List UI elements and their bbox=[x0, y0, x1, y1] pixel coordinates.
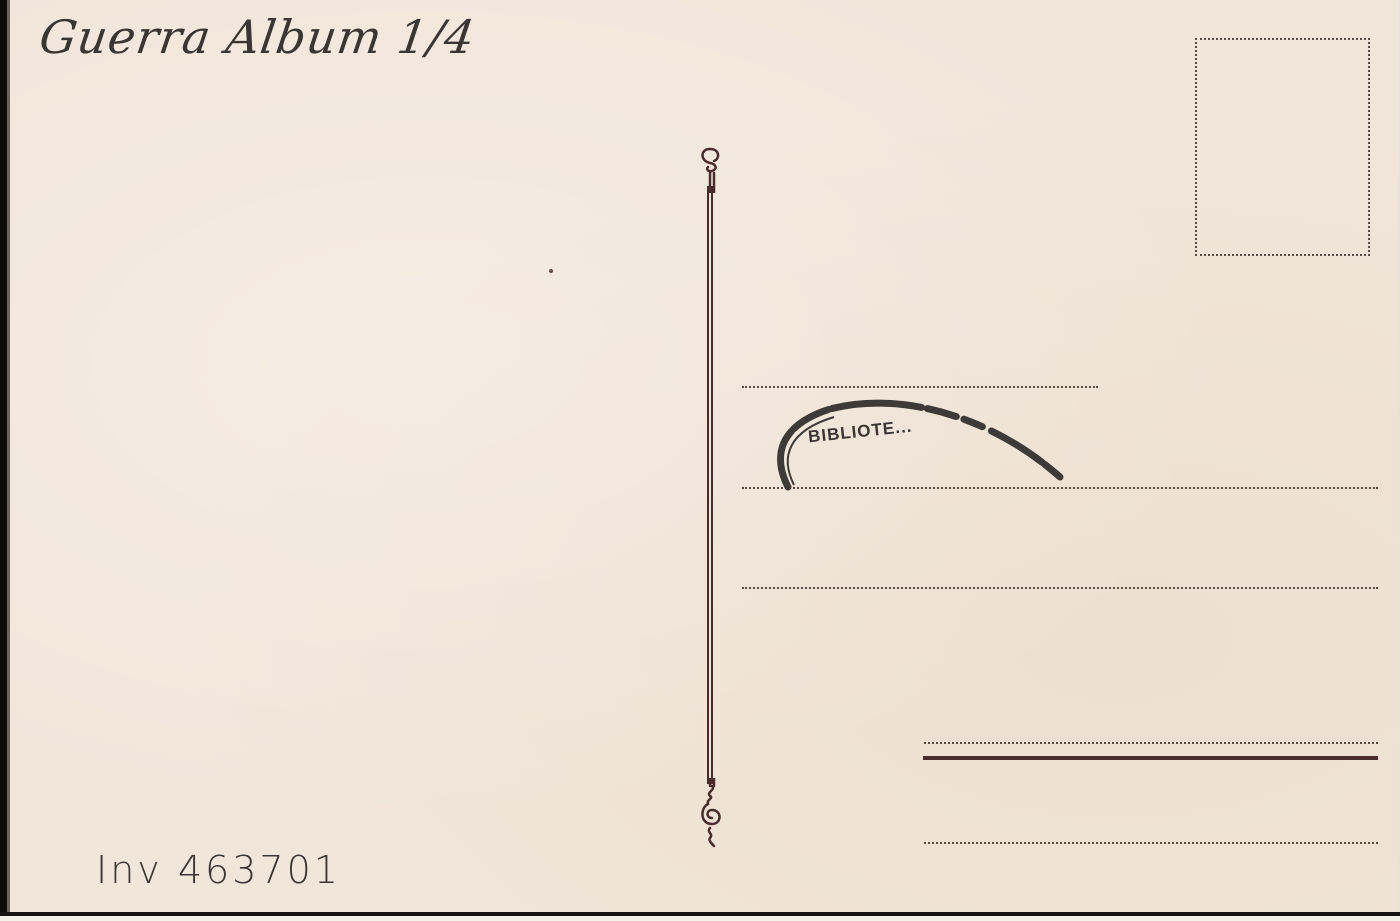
address-line-3 bbox=[742, 587, 1378, 589]
ink-speck bbox=[549, 269, 553, 273]
address-line-4 bbox=[924, 742, 1378, 744]
address-underline-solid bbox=[923, 756, 1378, 760]
address-divider-line bbox=[707, 186, 713, 784]
scan-bottom-edge bbox=[0, 912, 1400, 921]
address-line-5 bbox=[924, 842, 1378, 844]
divider-bottom-scroll-icon bbox=[694, 778, 726, 850]
handwritten-album-note: Guerra Album 1/4 bbox=[36, 10, 478, 64]
postcard-back bbox=[10, 0, 1398, 912]
scan-left-edge bbox=[0, 0, 10, 921]
handwritten-inventory-number: Inv 463701 bbox=[96, 848, 341, 892]
stamp-placeholder-box bbox=[1195, 38, 1370, 256]
address-line-1 bbox=[742, 386, 1098, 388]
